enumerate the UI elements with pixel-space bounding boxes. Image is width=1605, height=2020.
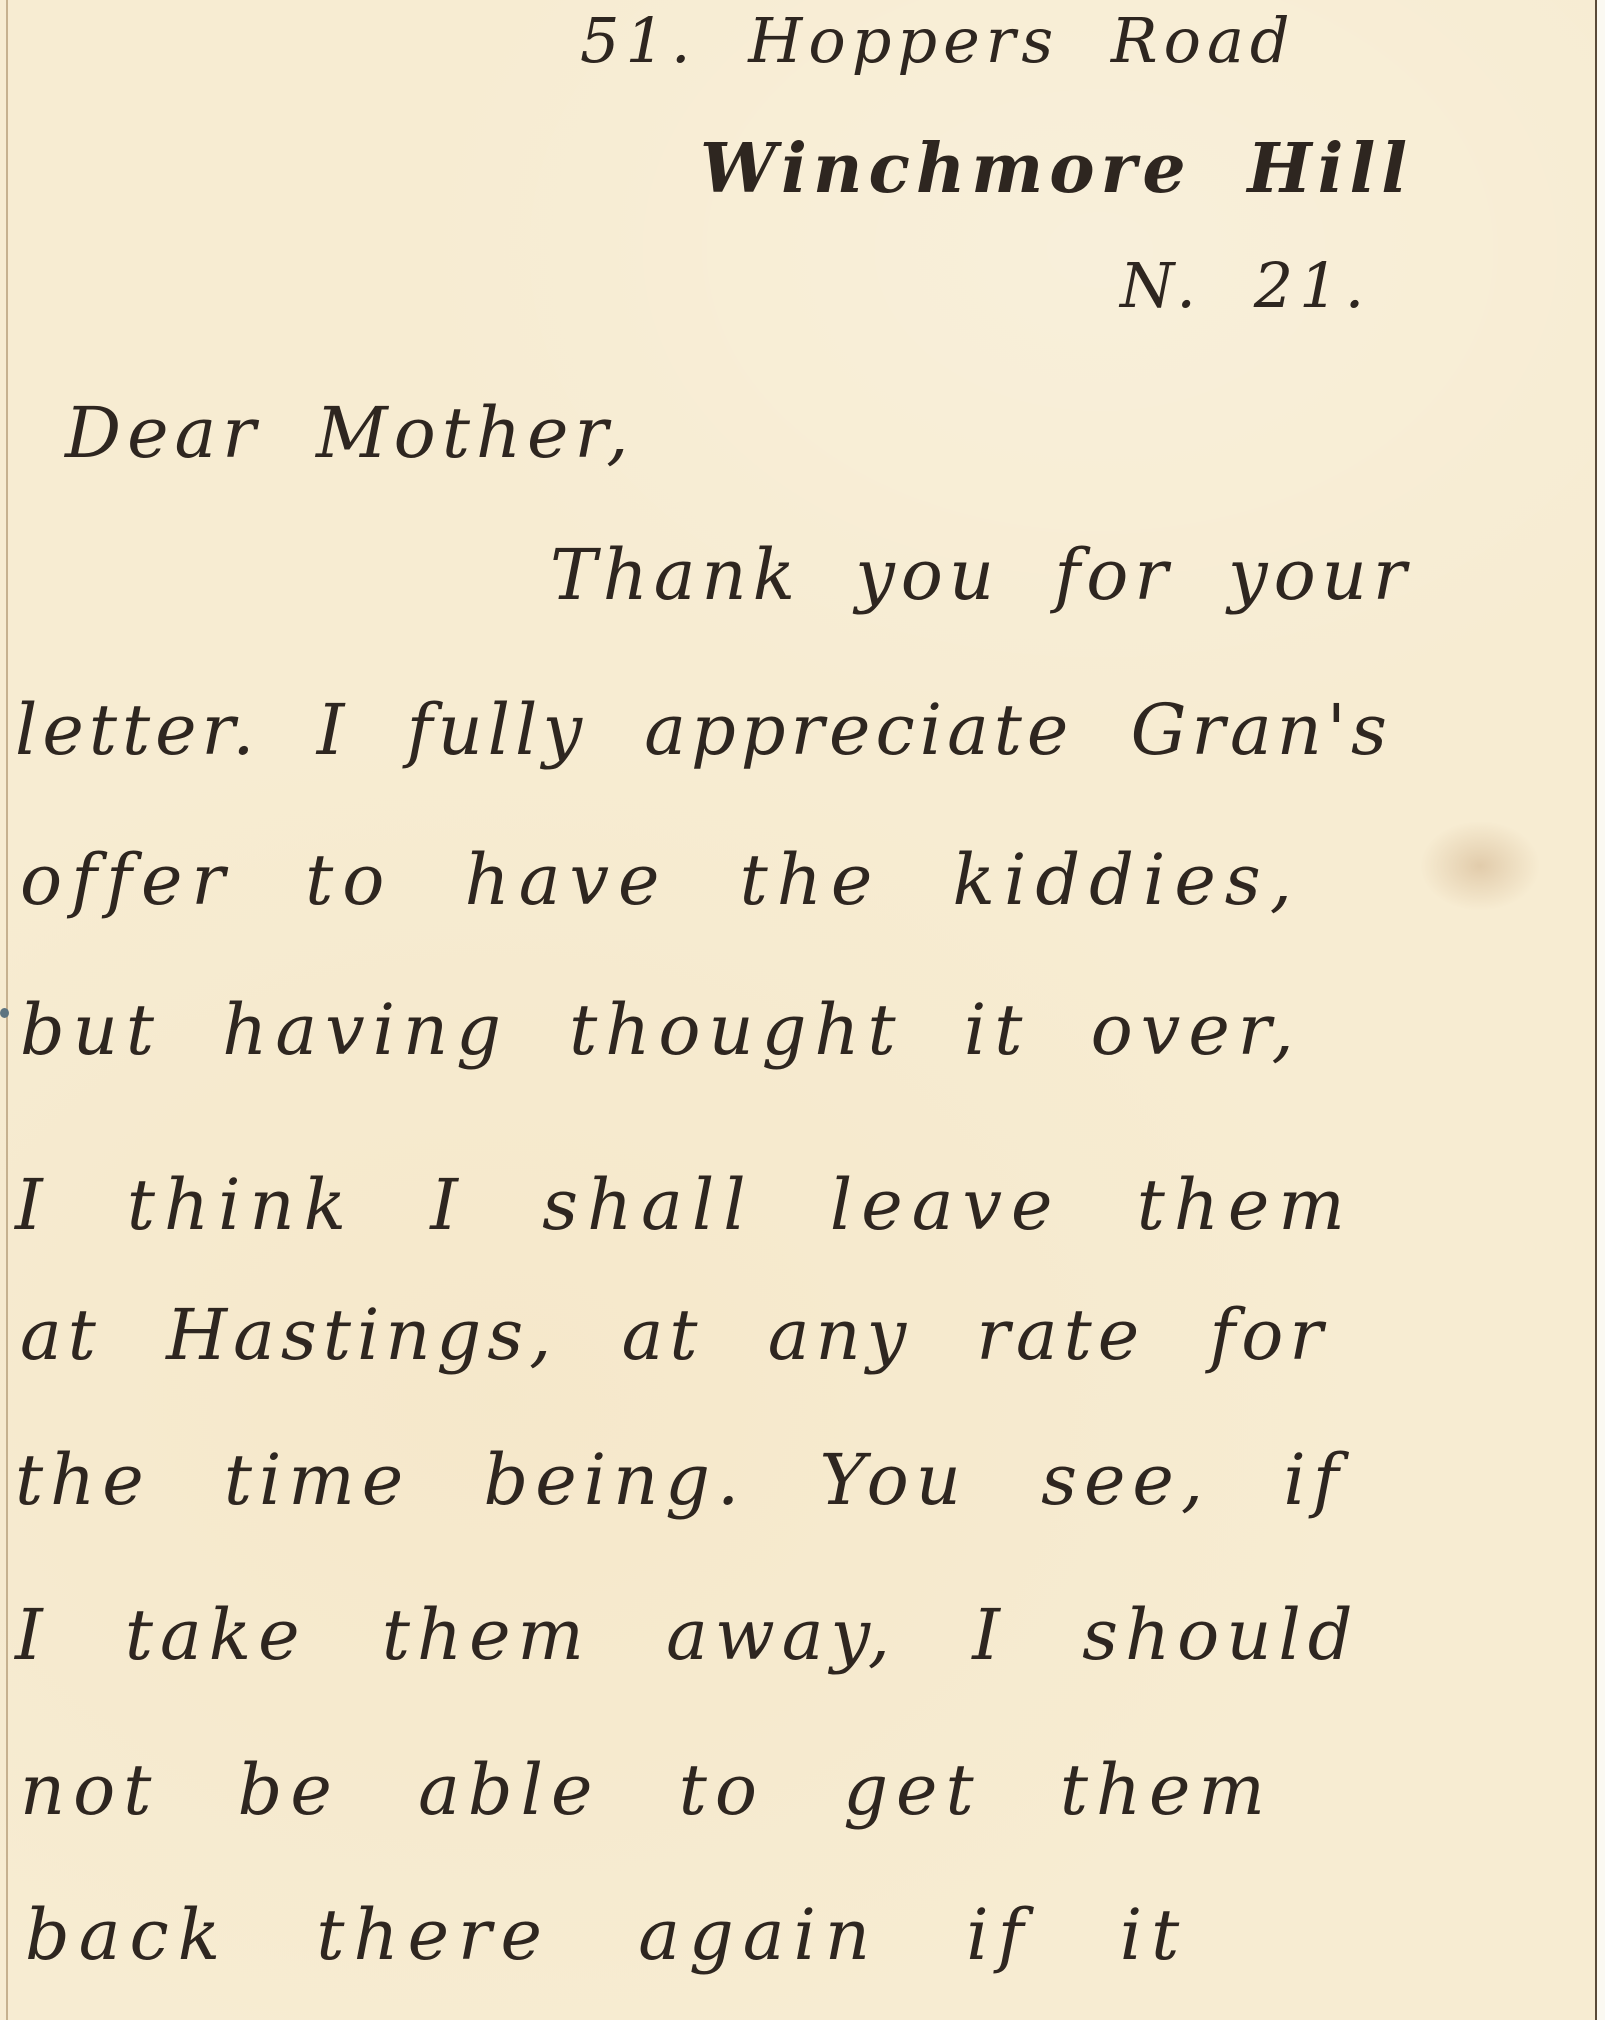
address-line-1: 51. Hoppers Road: [580, 10, 1296, 72]
address-line-2: Winchmore Hill: [700, 135, 1413, 203]
body-line-8: I take them away, I should: [15, 1600, 1360, 1670]
body-line-10: back there again if it: [25, 1900, 1188, 1970]
salutation: Dear Mother,: [65, 398, 634, 468]
blue-ink-speck: [0, 1008, 9, 1018]
body-line-9: not be able to get them: [20, 1755, 1273, 1825]
letter-page: 51. Hoppers Road Winchmore Hill N. 21. D…: [0, 0, 1597, 2020]
body-line-5: I think I shall leave them: [15, 1170, 1354, 1240]
body-line-1: Thank you for your: [550, 540, 1412, 610]
address-line-3: N. 21.: [1120, 255, 1370, 317]
body-line-6: at Hastings, at any rate for: [20, 1300, 1329, 1370]
body-line-2: letter. I fully appreciate Gran's: [15, 695, 1392, 765]
body-line-3: offer to have the kiddies,: [20, 845, 1301, 915]
body-line-7: the time being. You see, if: [15, 1445, 1346, 1515]
body-line-4: but having thought it over,: [20, 995, 1302, 1065]
